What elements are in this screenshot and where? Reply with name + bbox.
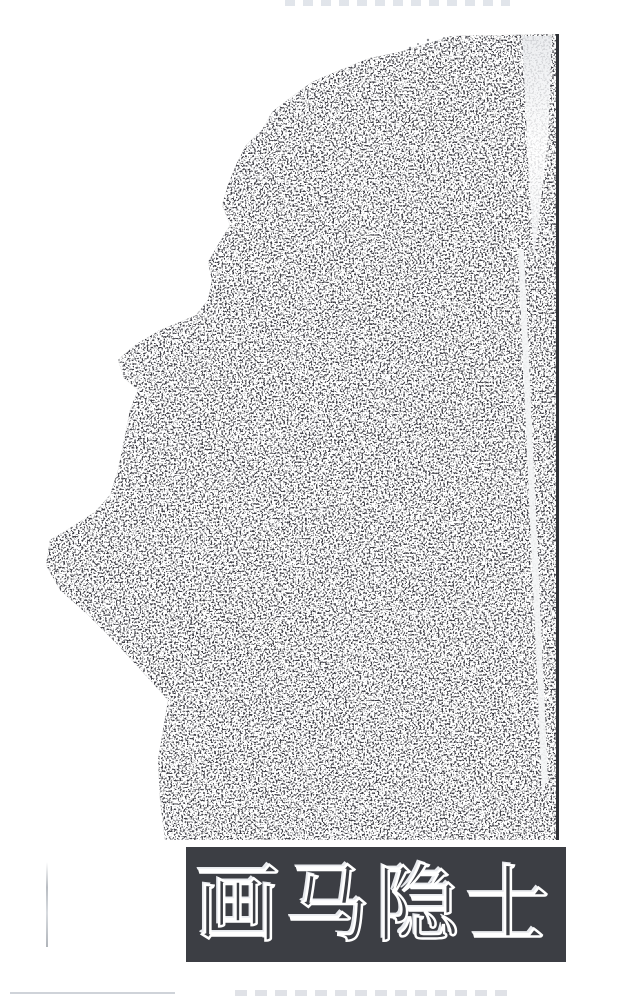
face-profile-shape bbox=[46, 34, 558, 840]
title-banner: 画马隐士 bbox=[186, 847, 566, 962]
profile-silhouette-figure bbox=[0, 0, 624, 860]
bottom-left-line bbox=[10, 992, 175, 994]
left-margin-mark bbox=[46, 862, 48, 947]
brand-title: 画马隐士 bbox=[196, 863, 556, 947]
bottom-scan-marks bbox=[235, 990, 515, 996]
